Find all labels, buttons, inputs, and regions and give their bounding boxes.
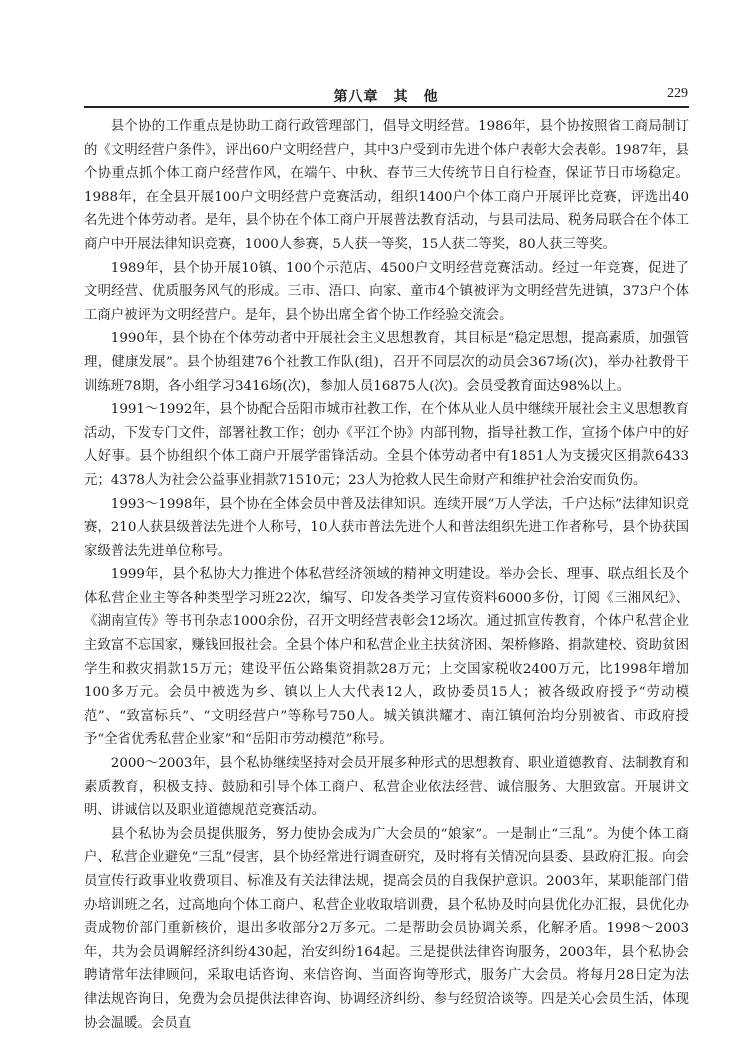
paragraph: 县个协的工作重点是协助工商行政管理部门，倡导文明经营。1986年，县个协按照省工… [84, 115, 689, 257]
paragraph: 1990年，县个协在个体劳动者中开展社会主义思想教育，其目标是“稳定思想，提高素… [84, 327, 689, 398]
page-number: 229 [667, 86, 688, 102]
paragraph: 县个私协为会员提供服务，努力使协会成为广大会员的“娘家”。一是制止“三乱”。为使… [84, 823, 689, 1035]
paragraph: 1999年，县个私协大力推进个体私营经济领域的精神文明建设。举办会长、理事、联点… [84, 563, 689, 752]
paragraph: 1993～1998年，县个协在全体会员中普及法律知识。连续开展“万人学法，千户达… [84, 493, 689, 564]
header-rule [84, 106, 689, 108]
chapter-title: 第八章 其 他 [84, 86, 688, 106]
page-header: 第八章 其 他 229 [84, 86, 688, 106]
paragraph: 1989年，县个协开展10镇、100个示范店、4500户文明经营竞赛活动。经过一… [84, 257, 689, 328]
body-text: 县个协的工作重点是协助工商行政管理部门，倡导文明经营。1986年，县个协按照省工… [84, 115, 689, 1035]
paragraph: 2000～2003年，县个私协继续坚持对会员开展多种形式的思想教育、职业道德教育… [84, 752, 689, 823]
paragraph: 1991～1992年，县个协配合岳阳市城市社教工作，在个体从业人员中继续开展社会… [84, 398, 689, 492]
